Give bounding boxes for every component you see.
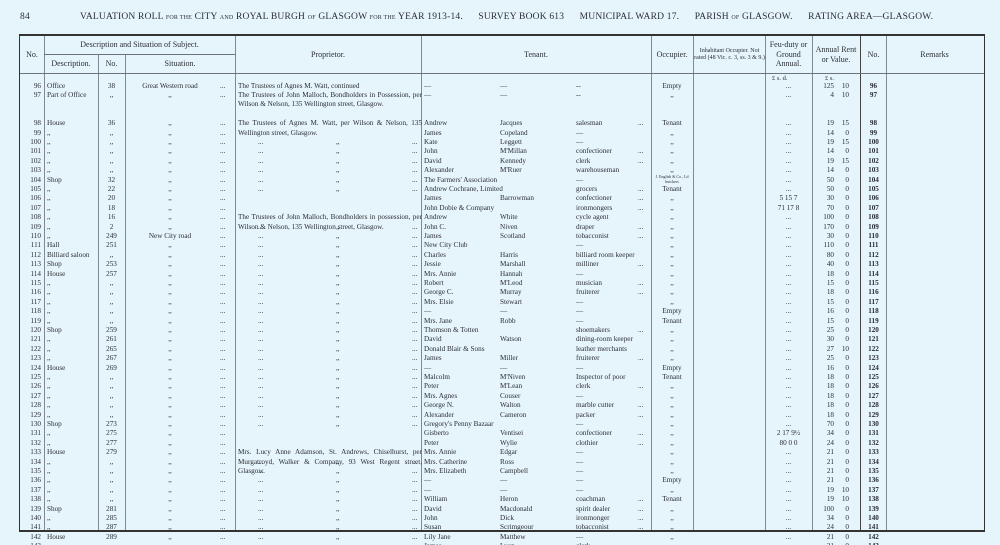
- row-number: 118: [20, 307, 41, 316]
- tenant-surname: Campbell: [500, 467, 580, 476]
- rent-pounds: 21: [812, 458, 834, 467]
- rent-pounds: 30: [812, 335, 834, 344]
- table-row: 110,,249New City roadJamesScotlandtobacc…: [20, 232, 984, 241]
- situation: ,,: [125, 495, 215, 504]
- feu-duty: ...: [765, 335, 812, 344]
- valuation-table: No. Description and Situation of Subject…: [19, 34, 985, 532]
- proprietor-ditto: ,,: [336, 260, 340, 269]
- street-number: ,,: [98, 458, 125, 467]
- table-row: 127,,,,,,Mrs. AgnesCouser—,,...180127...…: [20, 392, 984, 401]
- rent-shillings: 0: [834, 241, 849, 250]
- rent-shillings: 0: [834, 251, 849, 260]
- rent-shillings: 0: [834, 166, 849, 175]
- row-number: 100: [20, 138, 41, 147]
- proprietor-ditto: ,,: [336, 147, 340, 156]
- situation: ,,: [125, 354, 215, 363]
- situation-leader-dots: ...: [220, 166, 225, 175]
- situation: ,,: [125, 467, 215, 476]
- tenant-occupation: —: [576, 298, 652, 307]
- rent-pounds: 30: [812, 232, 834, 241]
- situation-leader-dots: ...: [220, 345, 225, 354]
- occupation-leader-dots: ...: [638, 279, 643, 288]
- proprietor-ditto: ...: [412, 251, 417, 260]
- proprietor-ditto: ...: [258, 279, 263, 288]
- proprietor-ditto: ...: [412, 420, 417, 429]
- tenant-occupation: --: [576, 91, 652, 100]
- situation: New City road: [125, 232, 215, 241]
- row-number: 135: [20, 467, 41, 476]
- table-row: 99,,,,,,JamesCopeland—,,...14099...: [20, 129, 984, 138]
- situation: ,,: [125, 476, 215, 485]
- row-number: 126: [20, 382, 41, 391]
- occupier: ,,: [651, 382, 693, 391]
- occupier-note: J. English & Co., Ld butchers: [650, 175, 694, 184]
- row-number-right: 110: [861, 232, 886, 241]
- row-number: 142: [20, 533, 41, 542]
- rent-pounds: 19: [812, 138, 834, 147]
- feu-duty: ...: [765, 260, 812, 269]
- feu-duty: ...: [765, 514, 812, 523]
- situation: ,,: [125, 307, 215, 316]
- occupier: ,,: [651, 429, 693, 438]
- rent-shillings: 0: [834, 401, 849, 410]
- rent-pounds: 19: [812, 119, 834, 128]
- situation: ,,: [125, 392, 215, 401]
- rent-pounds: 16: [812, 307, 834, 316]
- feu-duty: ...: [765, 307, 812, 316]
- occupier: Empty: [651, 364, 693, 373]
- description: ,,: [47, 129, 99, 138]
- col-header-no: No.: [20, 36, 44, 73]
- situation: ,,: [125, 213, 215, 222]
- description: ,,: [47, 467, 99, 476]
- feu-duty: ...: [765, 288, 812, 297]
- occupation-leader-dots: ...: [638, 232, 643, 241]
- rent-pounds: 14: [812, 147, 834, 156]
- proprietor-ditto: ,,: [336, 326, 340, 335]
- occupier: ,,: [651, 298, 693, 307]
- tenant-surname: Edgar: [500, 448, 580, 457]
- tenant-surname: —: [500, 486, 580, 495]
- row-number: 105: [20, 185, 41, 194]
- street-number: ,,: [98, 91, 125, 100]
- situation-leader-dots: ...: [220, 82, 225, 91]
- proprietor-ditto: ...: [412, 401, 417, 410]
- occupation-leader-dots: ...: [638, 505, 643, 514]
- situation-leader-dots: ...: [220, 458, 225, 467]
- situation: ,,: [125, 364, 215, 373]
- description: ,,: [47, 495, 99, 504]
- situation: ,,: [125, 260, 215, 269]
- tenant-forename: Andrew Cochrane, Limited: [424, 185, 544, 194]
- occupier: ,,: [651, 458, 693, 467]
- situation-leader-dots: ...: [220, 138, 225, 147]
- tenant-surname: Barrowman: [500, 194, 580, 203]
- description: ,,: [47, 382, 99, 391]
- tenant-surname: Cameron: [500, 411, 580, 420]
- row-number: 134: [20, 458, 41, 467]
- rent-pounds: 21: [812, 533, 834, 542]
- situation-leader-dots: ...: [220, 213, 225, 222]
- situation: ,,: [125, 288, 215, 297]
- row-number-right: 132: [861, 439, 886, 448]
- street-number: 279: [98, 448, 125, 457]
- feu-duty: ...: [765, 420, 812, 429]
- feu-duty: ...: [765, 523, 812, 532]
- tenant-occupation: —: [576, 317, 652, 326]
- table-row: 112Billiard saloon,,,,CharlesHarrisbilli…: [20, 251, 984, 260]
- row-number: 139: [20, 505, 41, 514]
- table-row: 105,,22,,Andrew Cochrane, Limitedgrocers…: [20, 185, 984, 194]
- row-number-right: 106: [861, 194, 886, 203]
- table-row: 111Hall251,,New City Club—,,...1100111..…: [20, 241, 984, 250]
- rent-pounds: 21: [812, 476, 834, 485]
- situation: ,,: [125, 335, 215, 344]
- rent-pounds: 16: [812, 364, 834, 373]
- proprietor-ditto: ...: [258, 514, 263, 523]
- feu-duty: ...: [765, 298, 812, 307]
- row-number: 127: [20, 392, 41, 401]
- description: Part of Office: [47, 91, 99, 100]
- tenant-surname: Ventisei: [500, 429, 580, 438]
- row-number-right: 138: [861, 495, 886, 504]
- proprietor-ditto: ...: [412, 241, 417, 250]
- description: House: [47, 533, 99, 542]
- proprietor-ditto: ,,: [336, 307, 340, 316]
- row-number-right: 130: [861, 420, 886, 429]
- proprietor-ditto: ,,: [336, 382, 340, 391]
- situation: ,,: [125, 382, 215, 391]
- proprietor-ditto: ...: [258, 298, 263, 307]
- rent-shillings: 15: [834, 138, 849, 147]
- street-number: 285: [98, 514, 125, 523]
- situation-leader-dots: ...: [220, 307, 225, 316]
- tenant-surname: Copeland: [500, 129, 580, 138]
- situation: ,,: [125, 486, 215, 495]
- proprietor-ditto: ...: [258, 251, 263, 260]
- street-number: ,,: [98, 138, 125, 147]
- description: ,,: [47, 401, 99, 410]
- rent-shillings: 0: [834, 129, 849, 138]
- proprietor-ditto: ,,: [336, 401, 340, 410]
- proprietor-ditto: ,,: [336, 157, 340, 166]
- row-number: 101: [20, 147, 41, 156]
- row-number-right: 136: [861, 476, 886, 485]
- occupier: Tenant: [651, 373, 693, 382]
- col-header-no-right: No.: [861, 36, 886, 73]
- col-header-proprietor: Proprietor.: [235, 36, 421, 73]
- proprietor-ditto: ,,: [336, 166, 340, 175]
- occupier: ,,: [651, 270, 693, 279]
- proprietor-entry: The Trustees of Agnes M. Watt, continued: [238, 82, 422, 91]
- situation-leader-dots: ...: [220, 335, 225, 344]
- row-number: 102: [20, 157, 41, 166]
- feu-duty: ...: [765, 467, 812, 476]
- street-number: 2: [98, 223, 125, 232]
- tenant-occupation: —: [576, 448, 652, 457]
- occupier: ,,: [651, 157, 693, 166]
- feu-duty: ...: [765, 382, 812, 391]
- proprietor-ditto: ...: [258, 505, 263, 514]
- rent-shillings: 0: [834, 364, 849, 373]
- description: House: [47, 448, 99, 457]
- description: ,,: [47, 523, 99, 532]
- occupier: ,,: [651, 401, 693, 410]
- proprietor-entry: The Trustees of Agnes M. Watt, per Wilso…: [238, 119, 422, 138]
- header-rule: [20, 73, 984, 74]
- table-row: 98House36,,AndrewJacquessalesmanTenant..…: [20, 119, 984, 128]
- rent-shillings: 0: [834, 298, 849, 307]
- tenant-surname: M'Niven: [500, 373, 580, 382]
- proprietor-ditto: ,,: [336, 232, 340, 241]
- occupier: Empty: [651, 82, 693, 91]
- rent-shillings: 0: [834, 420, 849, 429]
- row-number: 96: [20, 82, 41, 91]
- feu-duty: ...: [765, 185, 812, 194]
- feu-duty: ...: [765, 373, 812, 382]
- proprietor-ditto: ...: [412, 505, 417, 514]
- rent-pounds: 100: [812, 505, 834, 514]
- street-number: 249: [98, 232, 125, 241]
- col-header-tenant: Tenant.: [421, 36, 651, 73]
- proprietor-ditto: ...: [412, 157, 417, 166]
- table-row: 109,,2,,John C.Nivendraper,,...1700109..…: [20, 223, 984, 232]
- proprietor-ditto: ...: [412, 326, 417, 335]
- description: ,,: [47, 166, 99, 175]
- situation-leader-dots: ...: [220, 176, 225, 185]
- situation-leader-dots: ...: [220, 232, 225, 241]
- proprietor-ditto: ...: [258, 495, 263, 504]
- proprietor-ditto: ,,: [336, 345, 340, 354]
- proprietor-ditto: ...: [258, 533, 263, 542]
- proprietor-ditto: ,,: [336, 420, 340, 429]
- table-row: 113Shop253,,JessieMarshallmilliner,,...4…: [20, 260, 984, 269]
- situation: ,,: [125, 373, 215, 382]
- situation-leader-dots: ...: [220, 514, 225, 523]
- street-number: ,,: [98, 298, 125, 307]
- row-number: 137: [20, 486, 41, 495]
- row-number: 133: [20, 448, 41, 457]
- occupation-leader-dots: ...: [638, 439, 643, 448]
- occupier: ,,: [651, 523, 693, 532]
- occupier: ,,: [651, 420, 693, 429]
- street-number: ,,: [98, 476, 125, 485]
- occupation-leader-dots: ...: [638, 157, 643, 166]
- rent-shillings: 0: [834, 213, 849, 222]
- rent-shillings: 0: [834, 326, 849, 335]
- street-number: 20: [98, 194, 125, 203]
- tenant-occupation: —: [576, 364, 652, 373]
- occupation-leader-dots: ...: [638, 223, 643, 232]
- tenant-occupation: —: [576, 420, 652, 429]
- street-number: 257: [98, 270, 125, 279]
- row-number: 97: [20, 91, 41, 100]
- tenant-occupation: leather merchants: [576, 345, 652, 354]
- table-row: 140,,285,,JohnDickironmonger,,...340140.…: [20, 514, 984, 523]
- row-number: 119: [20, 317, 41, 326]
- feu-duty: ...: [765, 533, 812, 542]
- occupation-leader-dots: ...: [638, 523, 643, 532]
- rent-shillings: 0: [834, 279, 849, 288]
- situation-leader-dots: ...: [220, 157, 225, 166]
- description: ,,: [47, 298, 99, 307]
- proprietor-ditto: ,,: [336, 279, 340, 288]
- table-row: 120Shop259,,Thomson & Tottenshoemakers,,…: [20, 326, 984, 335]
- description: ,,: [47, 194, 99, 203]
- description: ,,: [47, 476, 99, 485]
- situation-leader-dots: ...: [220, 129, 225, 138]
- situation: ,,: [125, 298, 215, 307]
- row-number: 124: [20, 364, 41, 373]
- table-row: 116,,,,,,George C.Murrayfruiterer,,...18…: [20, 288, 984, 297]
- street-number: 38: [98, 82, 125, 91]
- row-number: 106: [20, 194, 41, 203]
- proprietor-ditto: ...: [412, 411, 417, 420]
- description: Office: [47, 82, 99, 91]
- situation-leader-dots: ...: [220, 298, 225, 307]
- street-number: 269: [98, 364, 125, 373]
- street-number: 265: [98, 345, 125, 354]
- rent-shillings: 0: [834, 439, 849, 448]
- tenant-surname: M'Millan: [500, 147, 580, 156]
- occupier: ,,: [651, 241, 693, 250]
- description: ,,: [47, 279, 99, 288]
- proprietor-ditto: ,,: [336, 335, 340, 344]
- row-number: 112: [20, 251, 41, 260]
- tenant-surname: Matthew: [500, 533, 580, 542]
- row-number-right: 119: [861, 317, 886, 326]
- occupation-leader-dots: ...: [638, 147, 643, 156]
- rent-pounds: 15: [812, 279, 834, 288]
- situation: ,,: [125, 279, 215, 288]
- table-row: 134,,,,,,Mrs. CatherineRoss—,,...210134.…: [20, 458, 984, 467]
- occupier: ,,: [651, 223, 693, 232]
- situation: ,,: [125, 514, 215, 523]
- col-header-annual-rent: Annual Rent or Value.: [812, 36, 860, 73]
- rent-pounds: 100: [812, 213, 834, 222]
- description: ,,: [47, 317, 99, 326]
- proprietor-ditto: ...: [412, 317, 417, 326]
- proprietor-ditto: ...: [258, 326, 263, 335]
- street-number: 275: [98, 429, 125, 438]
- occupier: ,,: [651, 467, 693, 476]
- proprietor-ditto: ,,: [336, 533, 340, 542]
- row-number-right: 139: [861, 505, 886, 514]
- situation-leader-dots: ...: [220, 119, 225, 128]
- proprietor-ditto: ...: [412, 373, 417, 382]
- row-number-right: 116: [861, 288, 886, 297]
- rent-pounds: 18: [812, 401, 834, 410]
- rent-pounds: 4: [812, 91, 834, 100]
- rent-shillings: 0: [834, 223, 849, 232]
- rent-pounds: 18: [812, 288, 834, 297]
- rent-shillings: 0: [834, 411, 849, 420]
- row-number-right: 99: [861, 129, 886, 138]
- row-number-right: 122: [861, 345, 886, 354]
- tenant-surname: Couser: [500, 392, 580, 401]
- proprietor-ditto: ...: [258, 523, 263, 532]
- description: ,,: [47, 411, 99, 420]
- table-row: 118,,,,,,———Empty...160118......,,...: [20, 307, 984, 316]
- proprietor-ditto: ...: [258, 420, 263, 429]
- occupation-leader-dots: ...: [638, 194, 643, 203]
- rent-shillings: 0: [834, 458, 849, 467]
- description: House: [47, 364, 99, 373]
- table-row: 102,,,,,,DavidKennedyclerk,,...1915102..…: [20, 157, 984, 166]
- tenant-occupation: dining-room keeper: [576, 335, 652, 344]
- rent-shillings: 15: [834, 119, 849, 128]
- tenant-surname: White: [500, 213, 580, 222]
- description: ,,: [47, 213, 99, 222]
- street-number: 277: [98, 439, 125, 448]
- row-number-right: 98: [861, 119, 886, 128]
- col-header-description-group: Description and Situation of Subject.: [44, 36, 235, 54]
- situation-leader-dots: ...: [220, 194, 225, 203]
- table-row: 124House269,,———Empty...160124......,,..…: [20, 364, 984, 373]
- situation-leader-dots: ...: [220, 354, 225, 363]
- description: House: [47, 119, 99, 128]
- rent-pounds: 50: [812, 176, 834, 185]
- row-number: 103: [20, 166, 41, 175]
- street-number: ,,: [98, 392, 125, 401]
- proprietor-ditto: ,,: [336, 317, 340, 326]
- row-number: 138: [20, 495, 41, 504]
- occupier: ,,: [651, 439, 693, 448]
- proprietor-ditto: ,,: [336, 298, 340, 307]
- proprietor-ditto: ...: [258, 307, 263, 316]
- row-number-right: 120: [861, 326, 886, 335]
- street-number: 259: [98, 326, 125, 335]
- proprietor-ditto: ,,: [336, 251, 340, 260]
- row-number-right: 127: [861, 392, 886, 401]
- occupation-leader-dots: ...: [638, 119, 643, 128]
- tenant-occupation: Inspector of poor: [576, 373, 652, 382]
- row-number: 114: [20, 270, 41, 279]
- row-number-right: 108: [861, 213, 886, 222]
- row-number-right: 109: [861, 223, 886, 232]
- description: ,,: [47, 373, 99, 382]
- rent-shillings: 0: [834, 514, 849, 523]
- occupier: ,,: [651, 448, 693, 457]
- table-row: 117,,,,,,Mrs. ElsieStewart—,,...150117..…: [20, 298, 984, 307]
- situation-leader-dots: ...: [220, 260, 225, 269]
- table-row: 108,,16,,AndrewWhitecycle agent,,...1000…: [20, 213, 984, 222]
- rent-pounds: 14: [812, 166, 834, 175]
- tenant-occupation: —: [576, 138, 652, 147]
- table-row: 129,,,,,,AlexanderCameronpacker,,...1801…: [20, 411, 984, 420]
- feu-duty: ...: [765, 364, 812, 373]
- proprietor-ditto: ,,: [336, 185, 340, 194]
- rent-pounds: 15: [812, 317, 834, 326]
- description: Shop: [47, 260, 99, 269]
- table-row: 106,,20,,JamesBarrowmanconfectioner,,5 1…: [20, 194, 984, 203]
- proprietor-ditto: ...: [258, 401, 263, 410]
- row-number-right: 131: [861, 429, 886, 438]
- table-row: 122,,265,,Donald Blair & Sonsleather mer…: [20, 345, 984, 354]
- tenant-occupation: —: [576, 476, 652, 485]
- rent-shillings: 0: [834, 505, 849, 514]
- table-row: 103,,,,,,AlexanderM'Ruerwarehouseman,,..…: [20, 166, 984, 175]
- col-header-occupier: Occupier.: [651, 36, 693, 73]
- proprietor-ditto: ,,: [336, 288, 340, 297]
- tenant-occupation: billiard room keeper: [576, 251, 652, 260]
- rent-pounds: 18: [812, 382, 834, 391]
- feu-duty: ...: [765, 345, 812, 354]
- rent-pounds: 21: [812, 467, 834, 476]
- tenant-surname: —: [500, 364, 580, 373]
- table-row: 139Shop281,,DavidMacdonaldspirit dealer,…: [20, 505, 984, 514]
- proprietor-ditto: ...: [412, 298, 417, 307]
